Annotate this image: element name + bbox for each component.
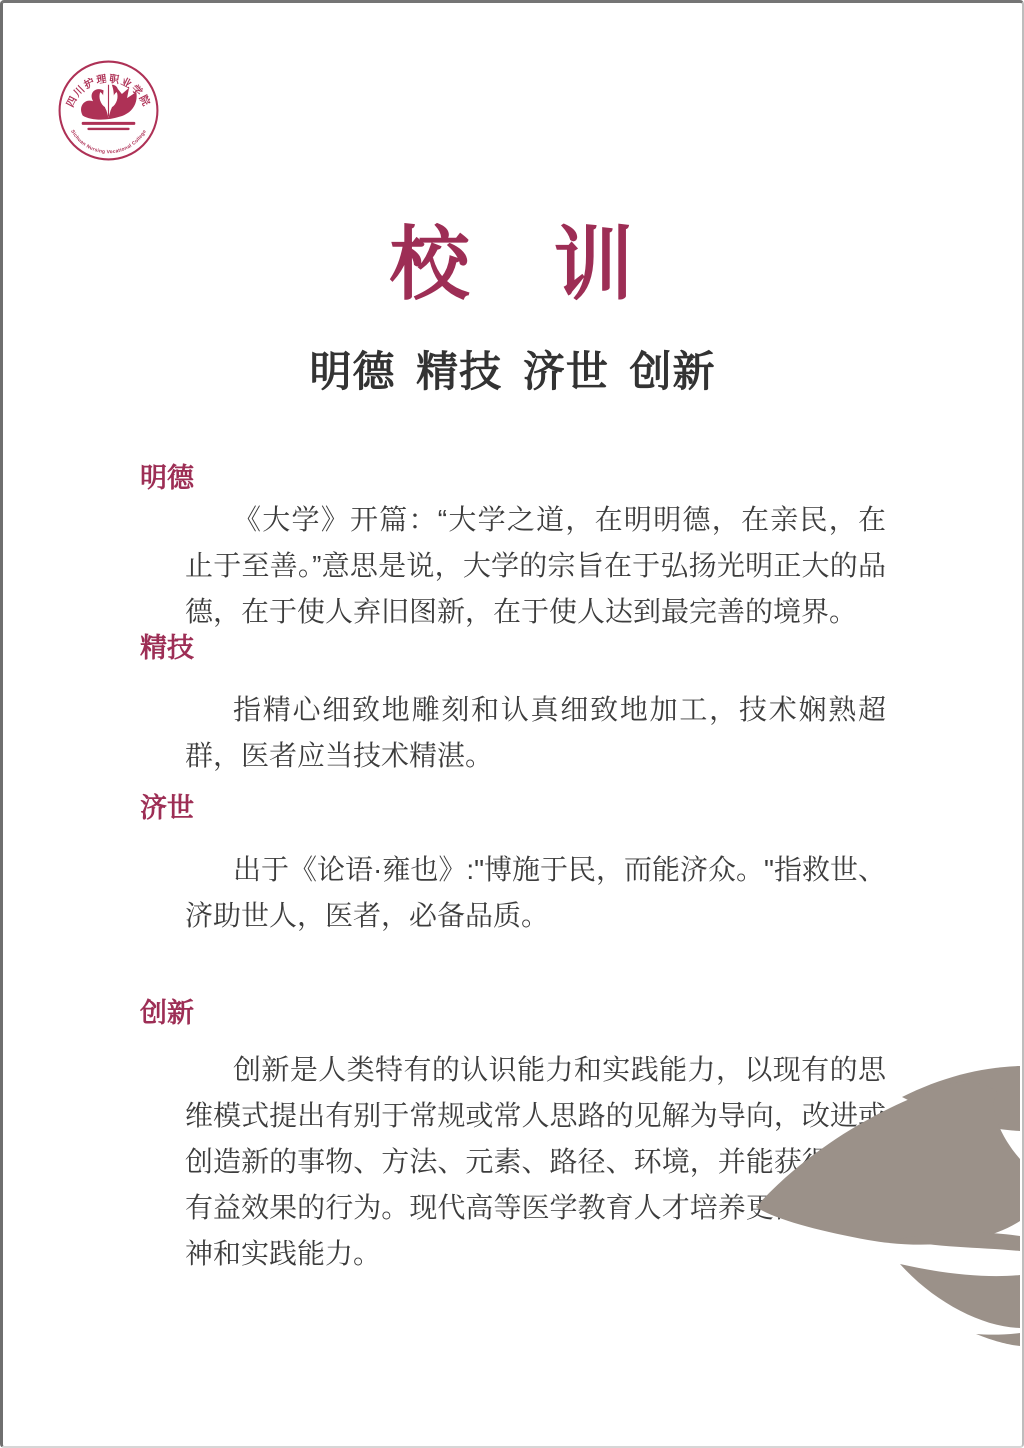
section-heading-mingde: 明德 <box>140 462 194 496</box>
section-body-jishi: 出于《论语·雍也》:"博施于民，而能济众。"指救世、济助世人，医者，必备品质。 <box>185 847 886 939</box>
section-heading-jishi: 济世 <box>140 792 194 826</box>
section-heading-chuangxin: 创新 <box>140 997 194 1031</box>
college-seal-logo: 四川护理职业学院 Sichuan Nursing Vocational Coll… <box>57 59 160 162</box>
motto-page: 四川护理职业学院 Sichuan Nursing Vocational Coll… <box>0 0 1024 1448</box>
section-body-mingde: 《大学》开篇：“大学之道，在明明德，在亲民，在止于至善。”意思是说，大学的宗旨在… <box>185 497 886 635</box>
section-body-jingji: 指精心细致地雕刻和认真细致地加工，技术娴熟超群，医者应当技术精湛。 <box>185 687 886 779</box>
page-title: 校 训 <box>3 219 1022 311</box>
motto-subtitle: 明德 精技 济世 创新 <box>3 347 1022 397</box>
section-heading-jingji: 精技 <box>140 632 194 666</box>
leaf-watermark-icon <box>750 1061 1020 1361</box>
